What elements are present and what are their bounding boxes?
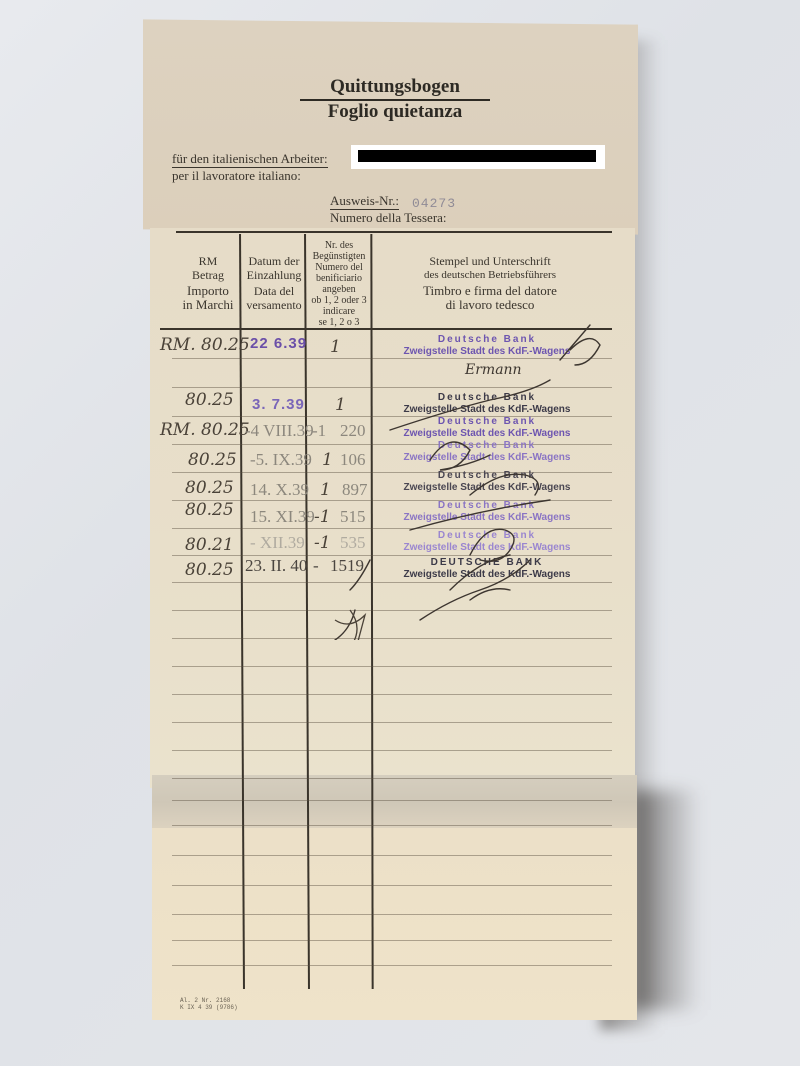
header-stamp-de-1: Stempel und Unterschrift bbox=[372, 254, 608, 268]
header-amount-de-1: RM bbox=[175, 254, 241, 268]
print-code-line-2: K IX 4 39 (9786) bbox=[180, 1004, 238, 1011]
redaction-bar bbox=[358, 150, 596, 162]
row-line bbox=[172, 800, 612, 801]
table-top-rule bbox=[176, 231, 612, 233]
header-ben-4: benificiario bbox=[307, 273, 371, 284]
row-line bbox=[172, 666, 612, 667]
id-label-italian: Numero della Tessera: bbox=[330, 210, 447, 226]
document-title: Quittungsbogen Foglio quietanza bbox=[300, 76, 490, 123]
header-stamp: Stempel und Unterschrift des deutschen B… bbox=[372, 254, 608, 312]
header-amount: RM Betrag Importo in Marchi bbox=[175, 254, 241, 312]
header-amount-de-2: Betrag bbox=[175, 268, 241, 282]
row-line bbox=[172, 694, 612, 695]
header-stamp-it-1: Timbro e firma del datore bbox=[372, 284, 608, 298]
header-ben-3: Numero del bbox=[307, 262, 371, 273]
header-date: Datum der Einzahlung Data del versamento bbox=[242, 254, 306, 312]
id-label-german: Ausweis-Nr.: bbox=[330, 193, 399, 210]
header-beneficiary: Nr. des Begünstigten Numero del benifici… bbox=[307, 240, 371, 328]
row-line bbox=[172, 885, 612, 886]
row-line bbox=[172, 825, 612, 826]
row-line bbox=[172, 855, 612, 856]
print-code-line-1: Al. 2 Nr. 2168 bbox=[180, 997, 238, 1004]
title-german: Quittungsbogen bbox=[300, 76, 490, 101]
header-ben-5: angeben bbox=[307, 284, 371, 295]
signature-scribbles bbox=[150, 320, 630, 640]
header-stamp-it-2: di lavoro tedesco bbox=[372, 298, 608, 312]
header-amount-it-2: in Marchi bbox=[175, 298, 241, 312]
paper-shadow-lower bbox=[630, 790, 700, 1010]
header-amount-it-1: Importo bbox=[175, 284, 241, 298]
paper-bottom-section bbox=[152, 828, 637, 1020]
row-line bbox=[172, 965, 612, 966]
paper-fold bbox=[152, 775, 637, 830]
header-date-it-2: versamento bbox=[242, 298, 306, 312]
header-ben-2: Begünstigten bbox=[307, 251, 371, 262]
row-line bbox=[172, 722, 612, 723]
row-line bbox=[172, 750, 612, 751]
header-date-de-2: Einzahlung bbox=[242, 268, 306, 282]
worker-label-german: für den italienischen Arbeiter: bbox=[172, 151, 328, 168]
header-ben-6: ob 1, 2 oder 3 bbox=[307, 295, 371, 306]
print-code: Al. 2 Nr. 2168 K IX 4 39 (9786) bbox=[180, 997, 238, 1011]
title-italian: Foglio quietanza bbox=[300, 101, 490, 123]
row-line bbox=[172, 940, 612, 941]
row-line bbox=[172, 914, 612, 915]
header-ben-1: Nr. des bbox=[307, 240, 371, 251]
header-date-de-1: Datum der bbox=[242, 254, 306, 268]
worker-label-italian: per il lavoratore italiano: bbox=[172, 168, 301, 184]
header-stamp-de-2: des deutschen Betriebsführers bbox=[372, 268, 608, 282]
header-ben-7: indicare bbox=[307, 306, 371, 317]
row-line bbox=[172, 778, 612, 779]
header-date-it-1: Data del bbox=[242, 284, 306, 298]
id-number-value: 04273 bbox=[412, 196, 456, 211]
